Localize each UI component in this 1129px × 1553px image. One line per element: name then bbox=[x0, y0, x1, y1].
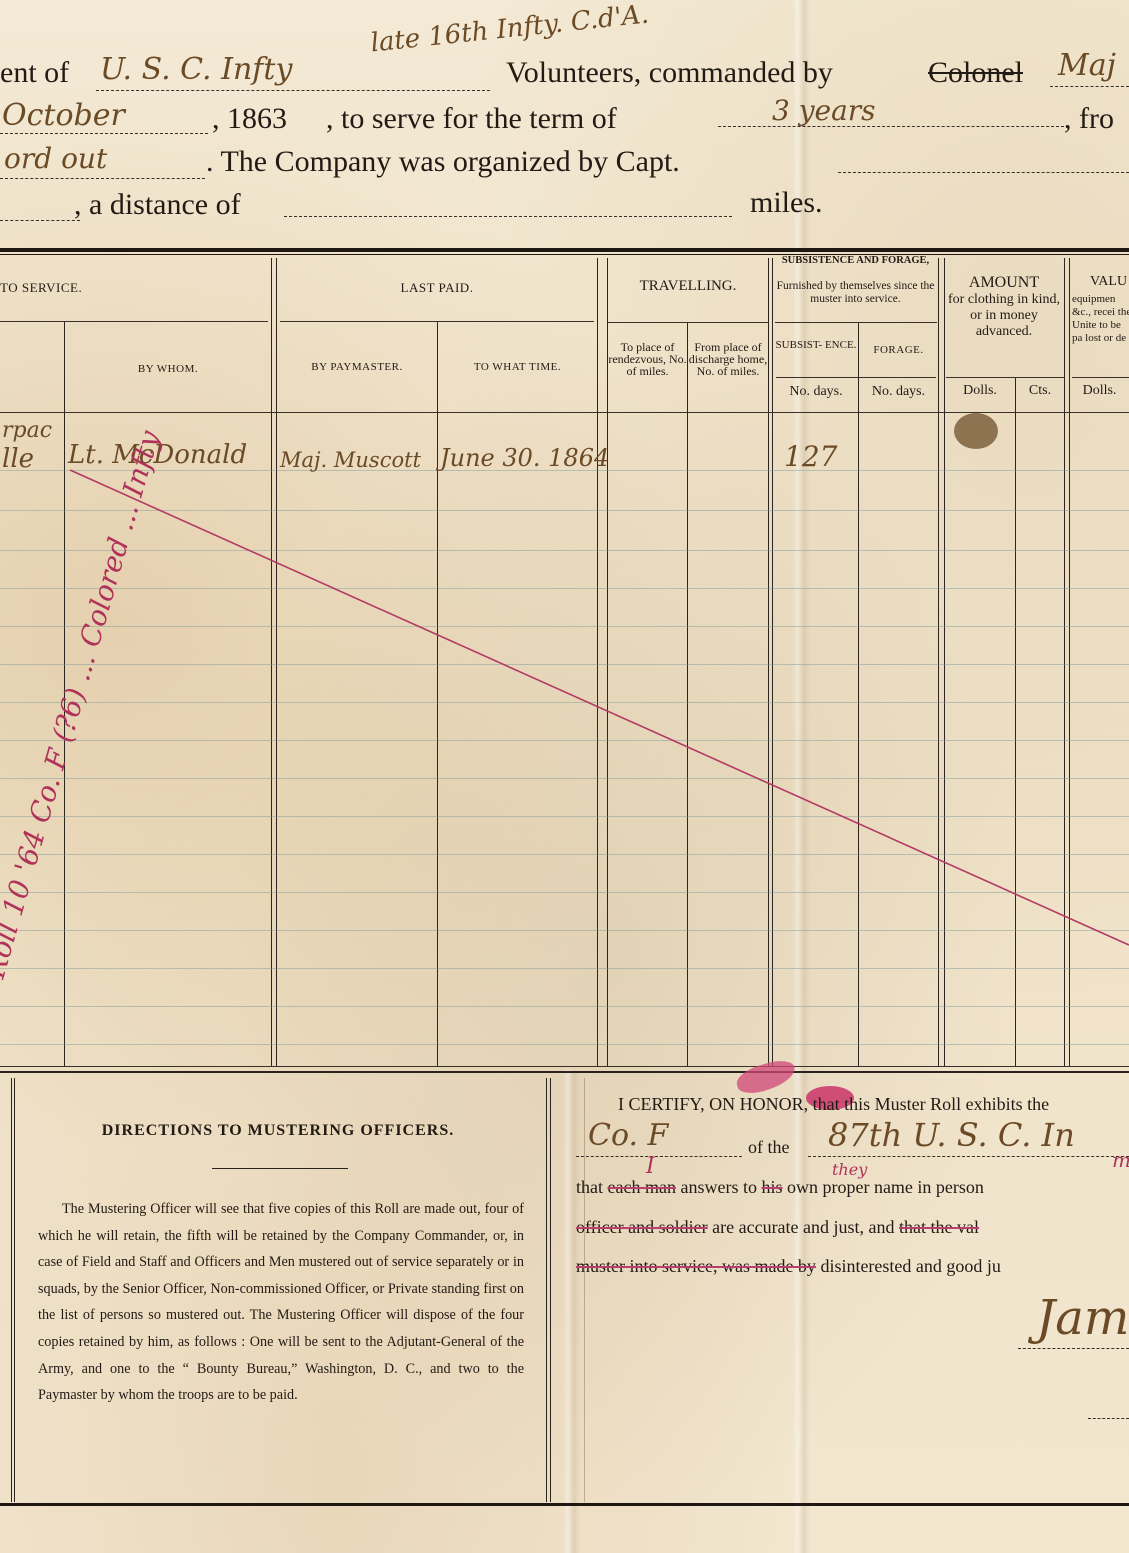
table-bottom-rule-thick bbox=[0, 1071, 1129, 1073]
text: are accurate and just, bbox=[712, 1217, 864, 1237]
company-field bbox=[576, 1156, 742, 1157]
cancel-diagonal-line bbox=[0, 0, 1129, 1100]
title-field bbox=[1088, 1418, 1129, 1419]
text: answers to bbox=[680, 1177, 756, 1197]
certify-line3: that each man answers to his own proper … bbox=[576, 1177, 984, 1198]
red-insert-i: I bbox=[646, 1154, 655, 1179]
box-border-right bbox=[546, 1078, 547, 1502]
box-border-left bbox=[11, 1078, 12, 1502]
fold-crease bbox=[562, 1070, 580, 1553]
box-border-right bbox=[550, 1078, 551, 1502]
certify-rest: that this Muster Roll exhibits the bbox=[813, 1094, 1050, 1114]
struck-text: muster into service, was made by bbox=[576, 1256, 816, 1276]
struck-text: officer and soldier bbox=[576, 1217, 708, 1237]
regiment-cert-field bbox=[808, 1156, 1129, 1157]
of-the-label: of the bbox=[748, 1137, 789, 1158]
fold-line bbox=[584, 1078, 585, 1502]
struck-text: each man bbox=[608, 1177, 676, 1197]
page-bottom-rule bbox=[0, 1503, 1129, 1506]
struck-text: that the val bbox=[899, 1217, 979, 1237]
certify-line5: muster into service, was made by disinte… bbox=[576, 1256, 1001, 1277]
certify-lead: I CERTIFY, ON HONOR, bbox=[618, 1094, 808, 1114]
signature-handwritten: Jam bbox=[1036, 1290, 1129, 1346]
text: own proper name in person bbox=[787, 1177, 984, 1197]
table-bottom-rule bbox=[0, 1066, 1129, 1067]
directions-title: DIRECTIONS TO MUSTERING OFFICERS. bbox=[20, 1122, 536, 1140]
title-underline bbox=[212, 1168, 348, 1169]
text: that bbox=[576, 1177, 603, 1197]
directions-body: The Mustering Officer will see that five… bbox=[38, 1196, 524, 1409]
struck-text: his bbox=[761, 1177, 782, 1197]
regiment-cert-handwritten: 87th U. S. C. In bbox=[828, 1116, 1075, 1154]
certify-line1: I CERTIFY, ON HONOR, that this Muster Ro… bbox=[618, 1094, 1049, 1115]
signature-field bbox=[1018, 1348, 1129, 1349]
text: disinterested and good ju bbox=[820, 1256, 1000, 1276]
red-insert-m: m bbox=[1112, 1148, 1129, 1172]
certify-line4: officer and soldier are accurate and jus… bbox=[576, 1217, 979, 1238]
company-handwritten: Co. F bbox=[588, 1118, 668, 1153]
box-border-left bbox=[14, 1078, 15, 1502]
text: and bbox=[869, 1217, 895, 1237]
